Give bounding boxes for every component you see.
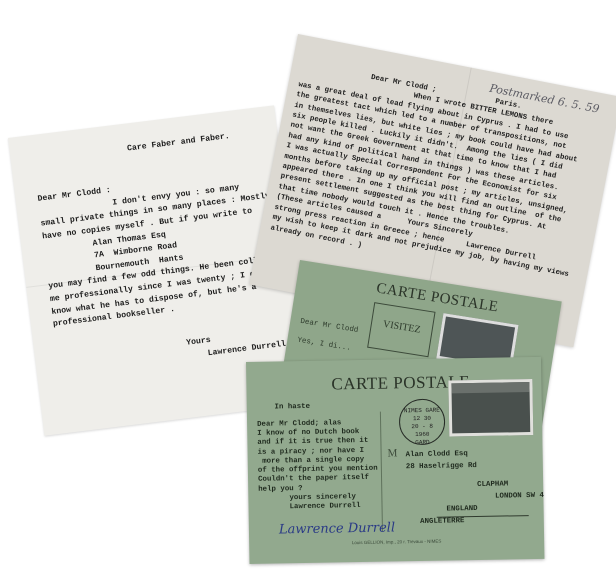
postcard-message: Dear Mr CloddYes, I di... <box>297 317 359 355</box>
postcard-divider <box>380 412 383 532</box>
letter-heading: Care Faber and Faber. <box>32 126 273 168</box>
postcard-front: CARTE POSTALE In hasteDear Mr Clodd; ala… <box>246 357 544 564</box>
text-line: Lawrence Durrell <box>258 502 378 513</box>
slogan-cancel: VISITEZ NIMES <box>367 302 435 357</box>
postage-stamp <box>448 379 533 436</box>
printer-imprint: Louis GELLION, Imp., 20 r. Trevaux - NIM… <box>249 537 544 547</box>
text-line: GARD <box>400 439 444 448</box>
address-marker: M <box>388 447 398 459</box>
handwritten-signature: Lawrence Durrell <box>279 520 395 537</box>
postmark-circle: NIMES GARE12 3020 - 81960GARD <box>399 399 446 446</box>
postcard-message: In hasteDear Mr Clodd; alasI know of no … <box>257 402 379 514</box>
